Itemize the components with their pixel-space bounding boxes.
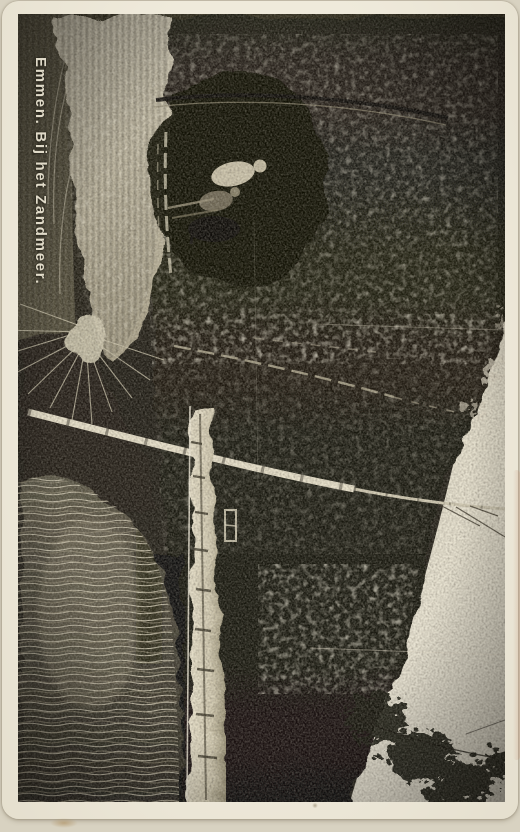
postcard-photo: Emmen. Bij het Zandmeer.	[18, 14, 505, 802]
small-speck	[312, 803, 318, 808]
age-stain	[50, 818, 78, 828]
scanned-postcard-page: Emmen. Bij het Zandmeer.	[0, 0, 520, 832]
photo-scene	[18, 14, 505, 802]
postcard-caption: Emmen. Bij het Zandmeer.	[32, 57, 48, 319]
postcard: Emmen. Bij het Zandmeer.	[2, 1, 518, 819]
edge-discoloration	[513, 470, 520, 760]
vignette	[18, 14, 505, 802]
